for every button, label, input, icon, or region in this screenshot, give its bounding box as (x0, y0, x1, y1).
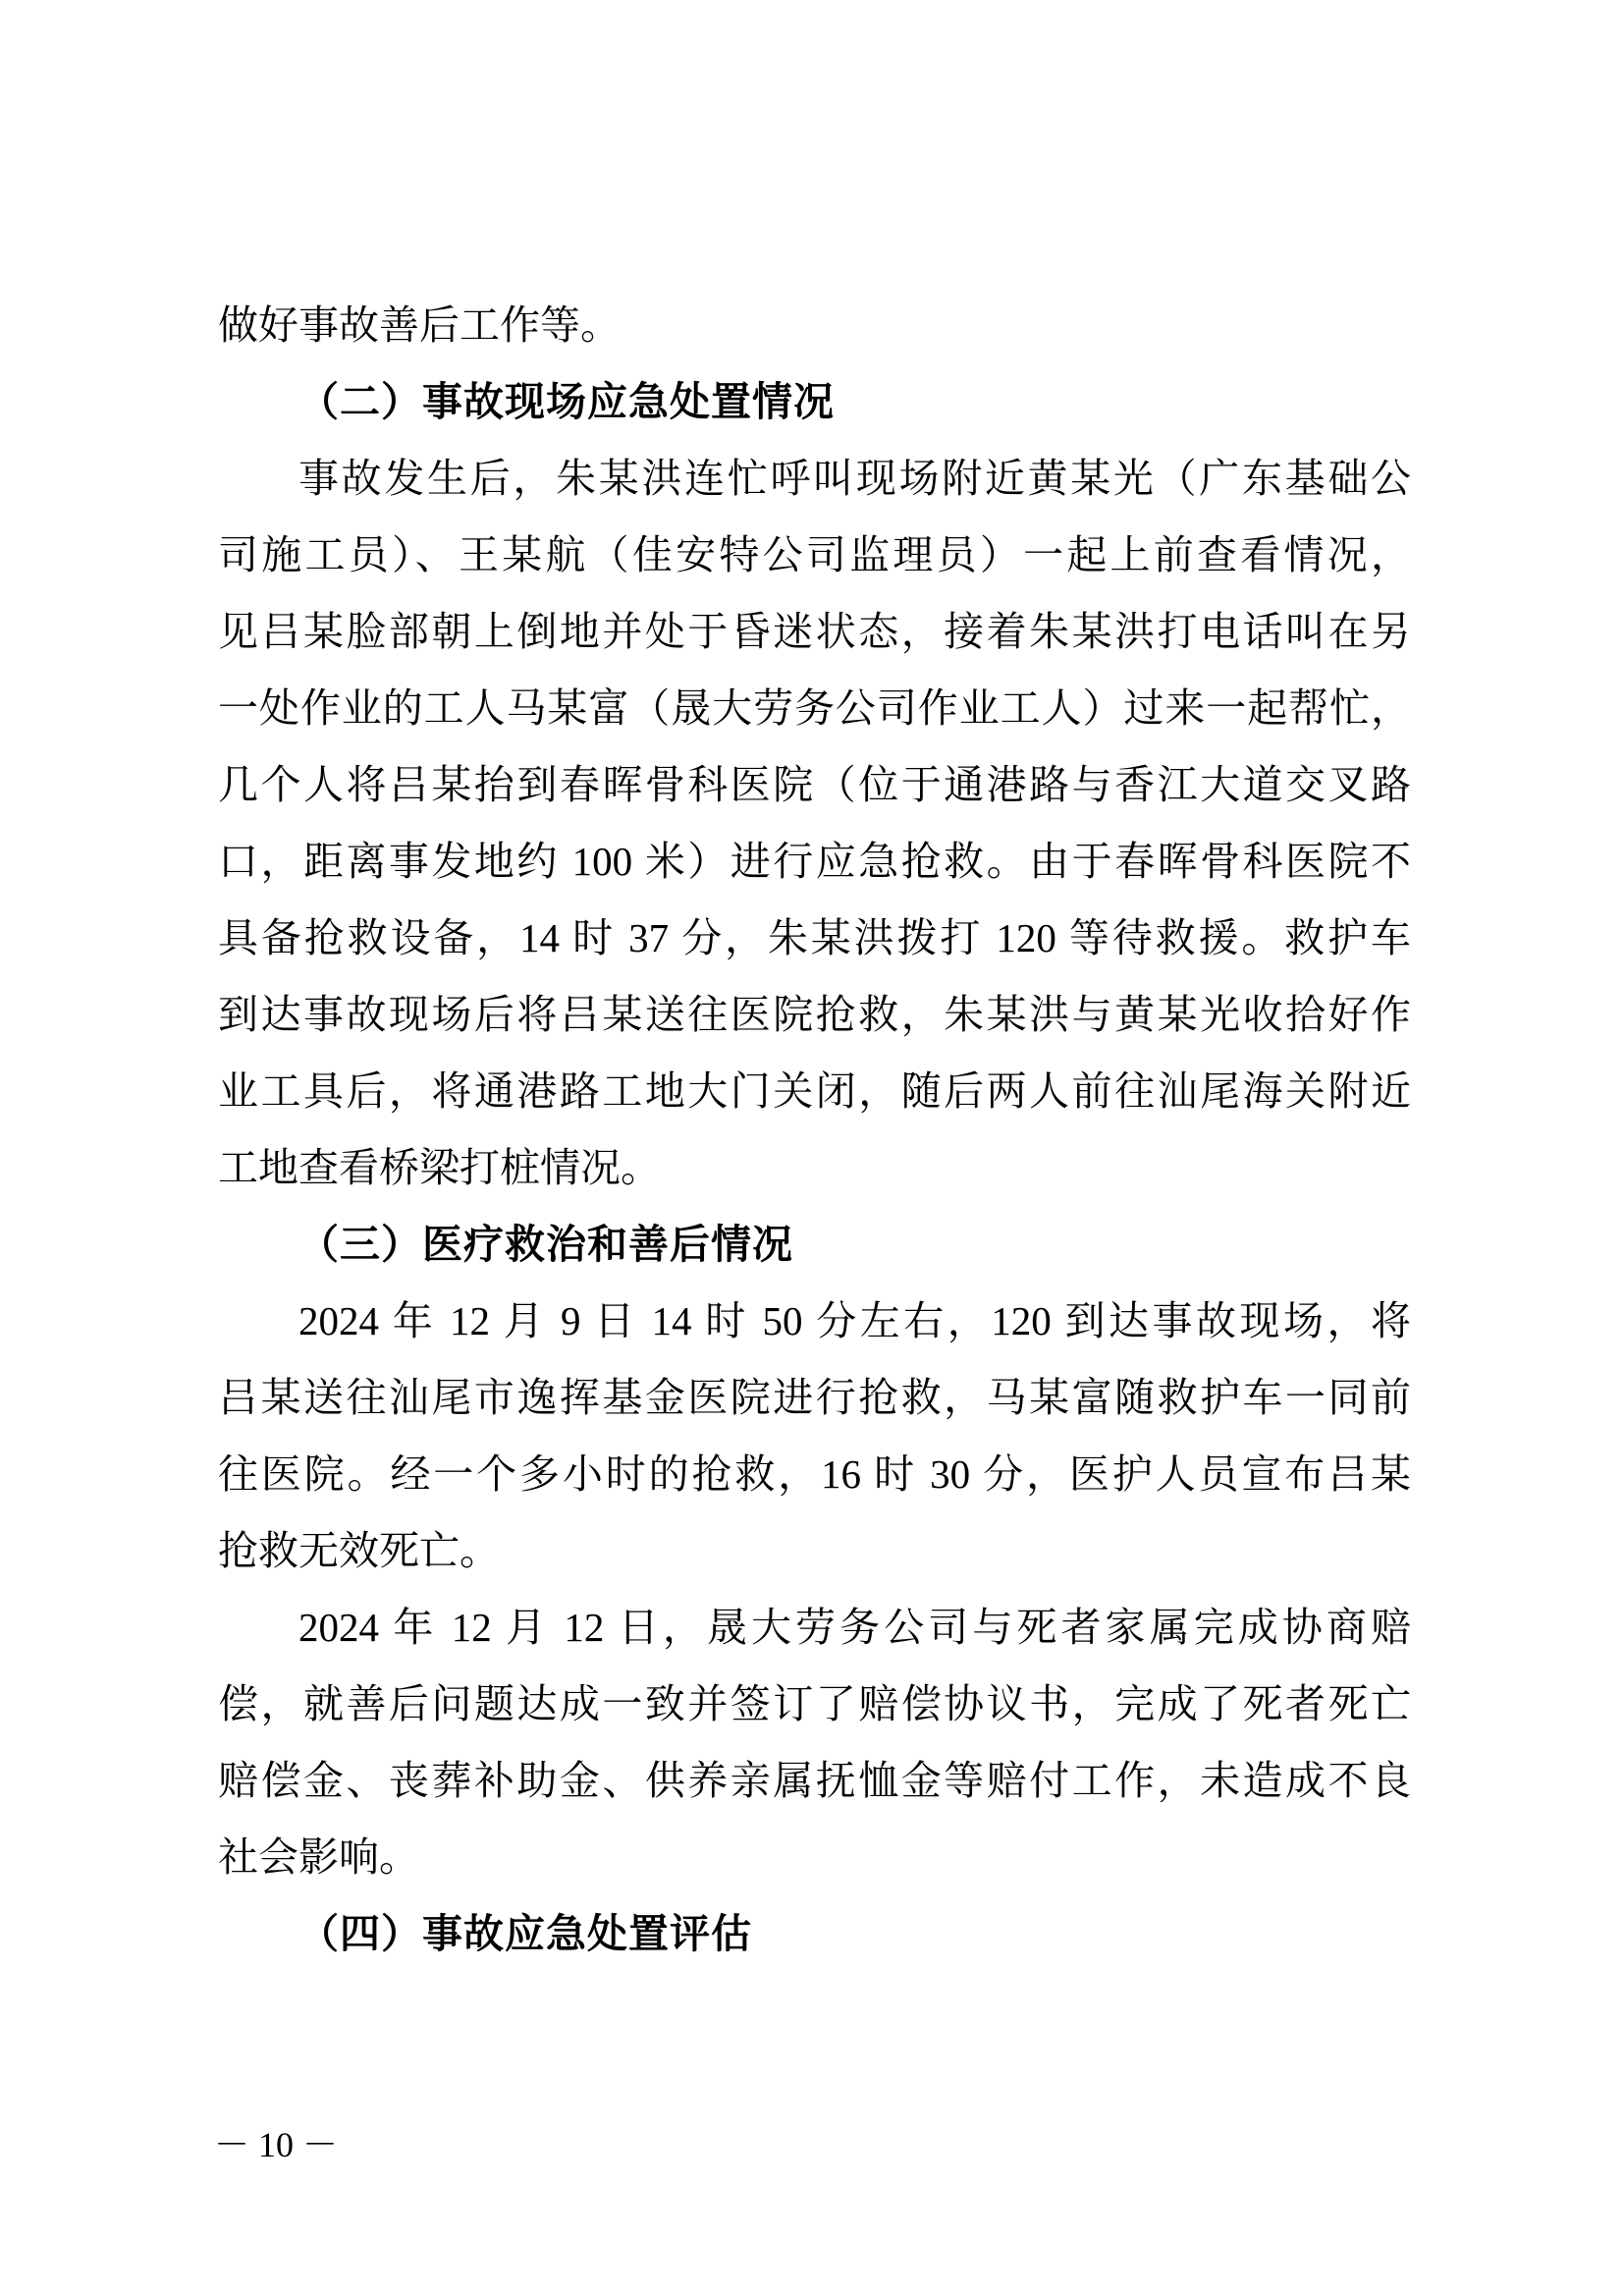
section-heading: （三）医疗救治和善后情况 (218, 1206, 1411, 1283)
section-heading: （二）事故现场应急处置情况 (218, 363, 1411, 440)
text-line: 口，距离事发地约 100 米）进行应急抢救。由于春晖骨科医院不 (218, 823, 1411, 900)
text-line: 业工具后，将通港路工地大门关闭，随后两人前往汕尾海关附近 (218, 1053, 1411, 1129)
text-line: 抢救无效死亡。 (218, 1512, 1411, 1589)
text-line: 2024 年 12 月 12 日，晟大劳务公司与死者家属完成协商赔 (218, 1589, 1411, 1666)
text-line: 见吕某脸部朝上倒地并处于昏迷状态，接着朱某洪打电话叫在另 (218, 593, 1411, 670)
page-footer: － 10 － (214, 2123, 338, 2166)
text-line: 偿，就善后问题达成一致并签订了赔偿协议书，完成了死者死亡 (218, 1666, 1411, 1742)
text-line: 具备抢救设备，14 时 37 分，朱某洪拨打 120 等待救援。救护车 (218, 900, 1411, 976)
page: 做好事故善后工作等。（二）事故现场应急处置情况事故发生后，朱某洪连忙呼叫现场附近… (0, 0, 1623, 2296)
text-line: 吕某送往汕尾市逸挥基金医院进行抢救，马某富随救护车一同前 (218, 1359, 1411, 1436)
text-line: 一处作业的工人马某富（晟大劳务公司作业工人）过来一起帮忙， (218, 670, 1411, 746)
text-line: 司施工员）、王某航（佳安特公司监理员）一起上前查看情况， (218, 517, 1411, 593)
text-line: 2024 年 12 月 9 日 14 时 50 分左右，120 到达事故现场，将 (218, 1283, 1411, 1359)
document-body: 做好事故善后工作等。（二）事故现场应急处置情况事故发生后，朱某洪连忙呼叫现场附近… (218, 287, 1411, 1972)
text-line: 工地查看桥梁打桩情况。 (218, 1129, 1411, 1206)
page-number: － 10 － (214, 2125, 338, 2164)
text-line: 赔偿金、丧葬补助金、供养亲属抚恤金等赔付工作，未造成不良 (218, 1742, 1411, 1819)
text-line: 事故发生后，朱某洪连忙呼叫现场附近黄某光（广东基础公 (218, 440, 1411, 517)
section-heading: （四）事故应急处置评估 (218, 1895, 1411, 1972)
text-line: 做好事故善后工作等。 (218, 287, 1411, 363)
text-line: 几个人将吕某抬到春晖骨科医院（位于通港路与香江大道交叉路 (218, 746, 1411, 823)
text-line: 社会影响。 (218, 1819, 1411, 1895)
text-line: 往医院。经一个多小时的抢救，16 时 30 分，医护人员宣布吕某 (218, 1436, 1411, 1512)
text-line: 到达事故现场后将吕某送往医院抢救，朱某洪与黄某光收拾好作 (218, 976, 1411, 1053)
